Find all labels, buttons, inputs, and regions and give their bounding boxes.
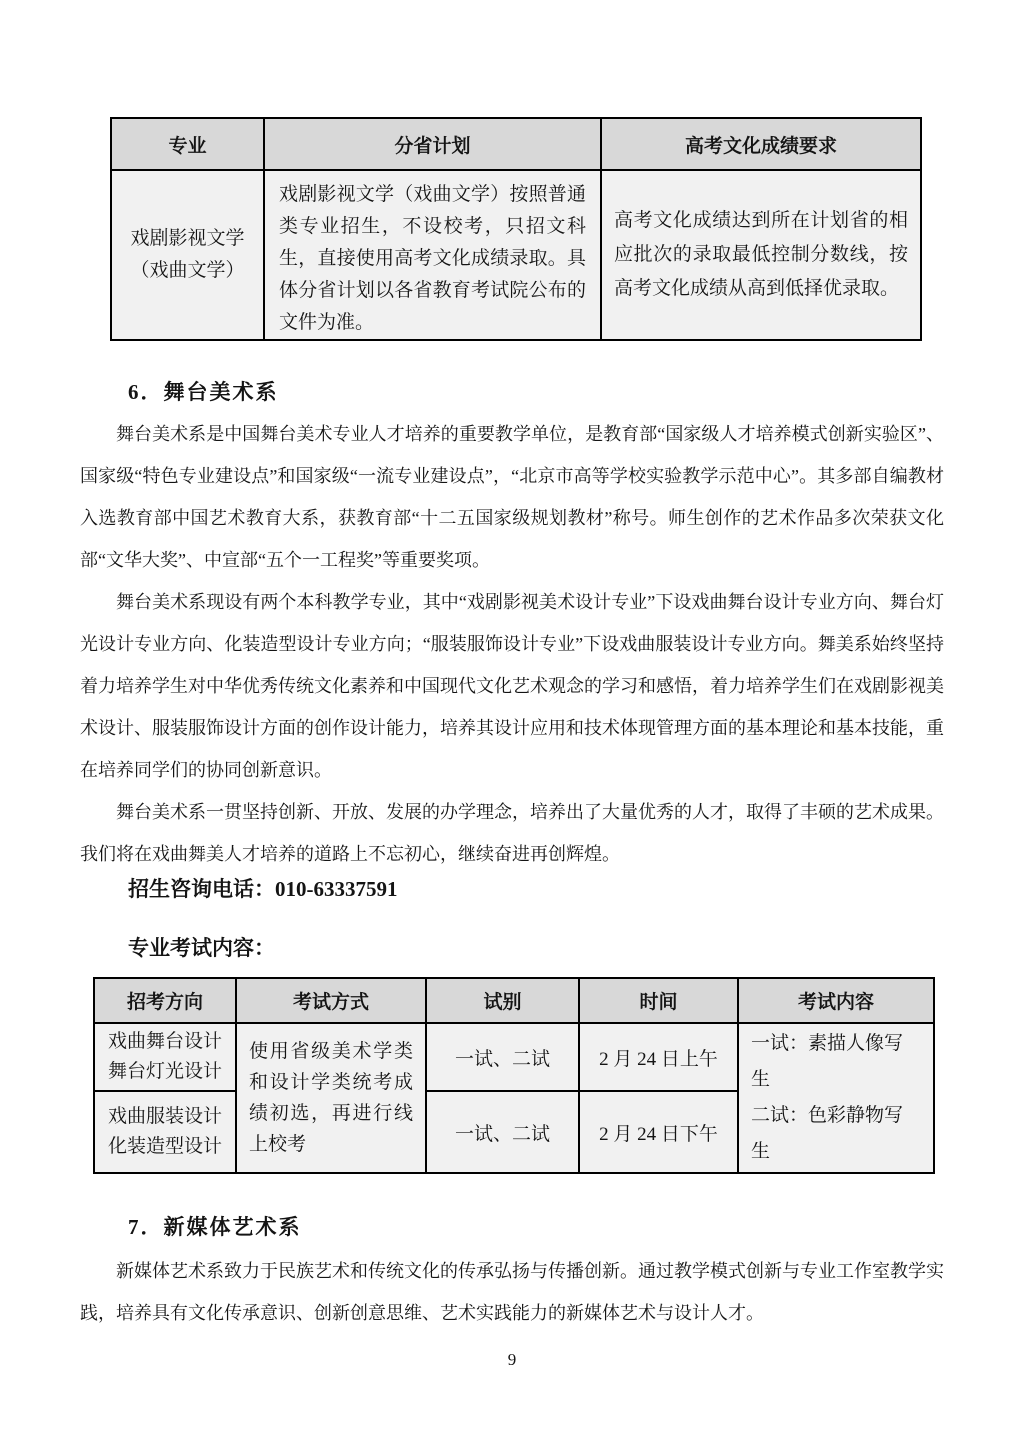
exam-cell-time-1: 2 月 24 日上午 xyxy=(579,1023,738,1091)
section-7-paragraph-1: 新媒体艺术系致力于民族艺术和传统文化的传承弘扬与传播创新。通过教学模式创新与专业… xyxy=(80,1250,944,1334)
exam-header-time: 时间 xyxy=(579,978,738,1023)
plan-table-header-row: 专业 分省计划 高考文化成绩要求 xyxy=(111,118,921,170)
exam-header-direction: 招考方向 xyxy=(94,978,236,1023)
section-6-heading: 6．舞台美术系 xyxy=(80,377,944,407)
major-name-line1: 戏剧影视文学 xyxy=(113,223,262,255)
section-7-heading: 7．新媒体艺术系 xyxy=(80,1212,944,1242)
plan-header-plan: 分省计划 xyxy=(264,118,601,170)
page-number: 9 xyxy=(80,1348,944,1372)
section-6-paragraph-1: 舞台美术系是中国舞台美术专业人才培养的重要教学单位，是教育部“国家级人才培养模式… xyxy=(80,413,944,581)
exam-table: 招考方向 考试方式 试别 时间 考试内容 戏曲舞台设计 舞台灯光设计 使用省级美… xyxy=(93,977,935,1174)
exam-content-line1: 一试：素描人像写生 xyxy=(751,1026,921,1098)
exam-content-heading: 专业考试内容： xyxy=(80,934,944,963)
admission-phone-line: 招生咨询电话：010-63337591 xyxy=(80,875,944,904)
exam-cell-direction-1: 戏曲舞台设计 舞台灯光设计 xyxy=(94,1023,236,1091)
plan-table-row: 戏剧影视文学 （戏曲文学） 戏剧影视文学（戏曲文学）按照普通类专业招生，不设校考… xyxy=(111,170,921,340)
exam-cell-trial-2: 一试、二试 xyxy=(426,1091,579,1173)
page-content: 专业 分省计划 高考文化成绩要求 戏剧影视文学 （戏曲文学） 戏剧影视文学（戏曲… xyxy=(0,117,1024,1372)
plan-header-major: 专业 xyxy=(111,118,264,170)
exam-cell-method: 使用省级美术学类和设计学类统考成绩初选，再进行线上校考 xyxy=(236,1023,426,1173)
direction-1-line1: 戏曲舞台设计 xyxy=(96,1027,234,1057)
exam-cell-content: 一试：素描人像写生 二试：色彩静物写生 xyxy=(738,1023,934,1173)
plan-cell-major: 戏剧影视文学 （戏曲文学） xyxy=(111,170,264,340)
plan-cell-plan: 戏剧影视文学（戏曲文学）按照普通类专业招生，不设校考，只招文科生，直接使用高考文… xyxy=(264,170,601,340)
exam-cell-time-2: 2 月 24 日下午 xyxy=(579,1091,738,1173)
provincial-plan-table: 专业 分省计划 高考文化成绩要求 戏剧影视文学 （戏曲文学） 戏剧影视文学（戏曲… xyxy=(110,117,922,341)
exam-table-header-row: 招考方向 考试方式 试别 时间 考试内容 xyxy=(94,978,934,1023)
section-6-paragraph-3: 舞台美术系一贯坚持创新、开放、发展的办学理念，培养出了大量优秀的人才，取得了丰硕… xyxy=(80,791,944,875)
exam-header-trial: 试别 xyxy=(426,978,579,1023)
exam-cell-direction-2: 戏曲服装设计 化装造型设计 xyxy=(94,1091,236,1173)
exam-content-line2: 二试：色彩静物写生 xyxy=(751,1098,921,1170)
exam-table-row-1: 戏曲舞台设计 舞台灯光设计 使用省级美术学类和设计学类统考成绩初选，再进行线上校… xyxy=(94,1023,934,1091)
plan-header-requirement: 高考文化成绩要求 xyxy=(601,118,921,170)
direction-2-line2: 化装造型设计 xyxy=(96,1132,234,1162)
exam-cell-trial-1: 一试、二试 xyxy=(426,1023,579,1091)
direction-1-line2: 舞台灯光设计 xyxy=(96,1057,234,1087)
exam-header-content: 考试内容 xyxy=(738,978,934,1023)
section-6-paragraph-2: 舞台美术系现设有两个本科教学专业，其中“戏剧影视美术设计专业”下设戏曲舞台设计专… xyxy=(80,581,944,791)
major-name-line2: （戏曲文学） xyxy=(113,255,262,287)
direction-2-line1: 戏曲服装设计 xyxy=(96,1102,234,1132)
plan-cell-requirement: 高考文化成绩达到所在计划省的相应批次的录取最低控制分数线，按高考文化成绩从高到低… xyxy=(601,170,921,340)
exam-header-method: 考试方式 xyxy=(236,978,426,1023)
document-page: 专业 分省计划 高考文化成绩要求 戏剧影视文学 （戏曲文学） 戏剧影视文学（戏曲… xyxy=(0,0,1024,1448)
